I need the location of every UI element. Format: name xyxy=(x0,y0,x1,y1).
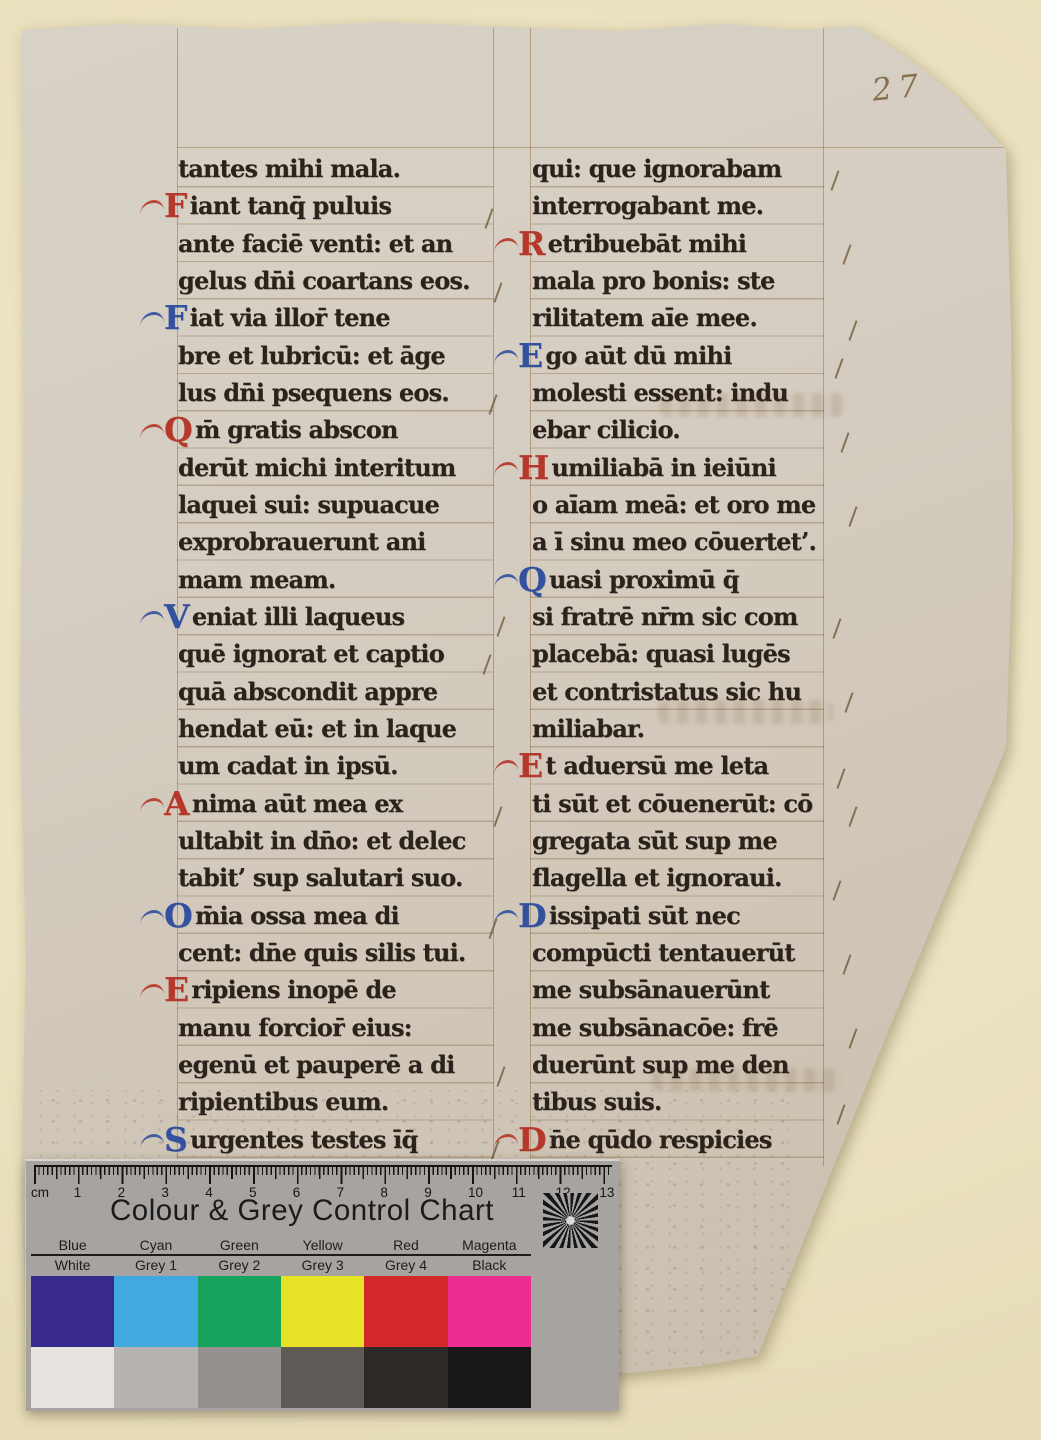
grey-label-grey-2: Grey 2 xyxy=(198,1257,281,1273)
color-label-yellow: Yellow xyxy=(281,1237,364,1253)
pen-stroke xyxy=(848,320,857,340)
color-label-blue: Blue xyxy=(31,1237,114,1253)
pen-stroke xyxy=(840,432,849,452)
grey-label-black: Black xyxy=(448,1257,531,1273)
grey-label-row: WhiteGrey 1Grey 2Grey 3Grey 4Black xyxy=(31,1257,531,1273)
chart-title: Colour & Grey Control Chart xyxy=(84,1194,520,1228)
color-swatch-yellow xyxy=(281,1276,364,1347)
colour-grey-control-chart: cm 12345678910111213 Colour & Grey Contr… xyxy=(25,1159,619,1411)
pen-stroke xyxy=(488,918,497,938)
grey-swatch-grey-4 xyxy=(364,1347,447,1408)
pen-stroke xyxy=(830,170,839,190)
grey-label-grey-1: Grey 1 xyxy=(114,1257,197,1273)
pen-stroke xyxy=(832,880,841,900)
color-swatch-cyan xyxy=(114,1276,197,1347)
pen-stroke xyxy=(844,692,853,712)
grey-swatch-black xyxy=(448,1347,531,1408)
color-label-green: Green xyxy=(198,1237,281,1253)
grey-swatch-grey-3 xyxy=(281,1347,364,1408)
grey-swatch-row xyxy=(31,1347,531,1408)
ruler-number: 1 xyxy=(74,1185,82,1200)
pen-stroke xyxy=(832,618,841,638)
pen-stroke xyxy=(484,208,493,228)
folio-number-annotation: 27 xyxy=(870,67,927,108)
label-divider-line xyxy=(31,1254,531,1256)
ruler-number: 13 xyxy=(599,1185,614,1200)
pen-stroke xyxy=(496,1066,505,1086)
pen-stroke xyxy=(836,768,845,788)
color-label-red: Red xyxy=(364,1237,447,1253)
color-swatch-blue xyxy=(31,1276,114,1347)
pen-stroke xyxy=(482,654,491,674)
color-label-row: BlueCyanGreenYellowRedMagenta xyxy=(31,1237,531,1253)
grey-swatch-grey-1 xyxy=(114,1347,197,1408)
pen-stroke xyxy=(488,394,497,414)
color-swatch-magenta xyxy=(448,1276,531,1347)
pen-stroke xyxy=(493,806,502,826)
pen-stroke xyxy=(836,1104,845,1124)
color-swatch-green xyxy=(198,1276,281,1347)
color-swatch-row xyxy=(31,1276,531,1347)
pen-stroke xyxy=(842,244,851,264)
color-label-cyan: Cyan xyxy=(114,1237,197,1253)
pen-stroke xyxy=(848,1028,857,1048)
grey-label-grey-4: Grey 4 xyxy=(364,1257,447,1273)
pen-stroke xyxy=(848,506,857,526)
pen-stroke xyxy=(490,1140,499,1160)
pen-stroke xyxy=(848,806,857,826)
grey-swatch-grey-2 xyxy=(198,1347,281,1408)
siemens-star-icon xyxy=(543,1193,598,1248)
grey-label-grey-3: Grey 3 xyxy=(281,1257,364,1273)
color-label-magenta: Magenta xyxy=(448,1237,531,1253)
digitized-manuscript-photo: tantes mihi mala.Fiant tanq̄ puluisante … xyxy=(0,0,1041,1440)
pen-stroke xyxy=(493,282,502,302)
color-swatch-red xyxy=(364,1276,447,1347)
grey-label-white: White xyxy=(31,1257,114,1273)
grey-swatch-white xyxy=(31,1347,114,1408)
pen-stroke xyxy=(842,954,851,974)
pen-stroke xyxy=(496,616,505,636)
pen-stroke xyxy=(834,358,843,378)
